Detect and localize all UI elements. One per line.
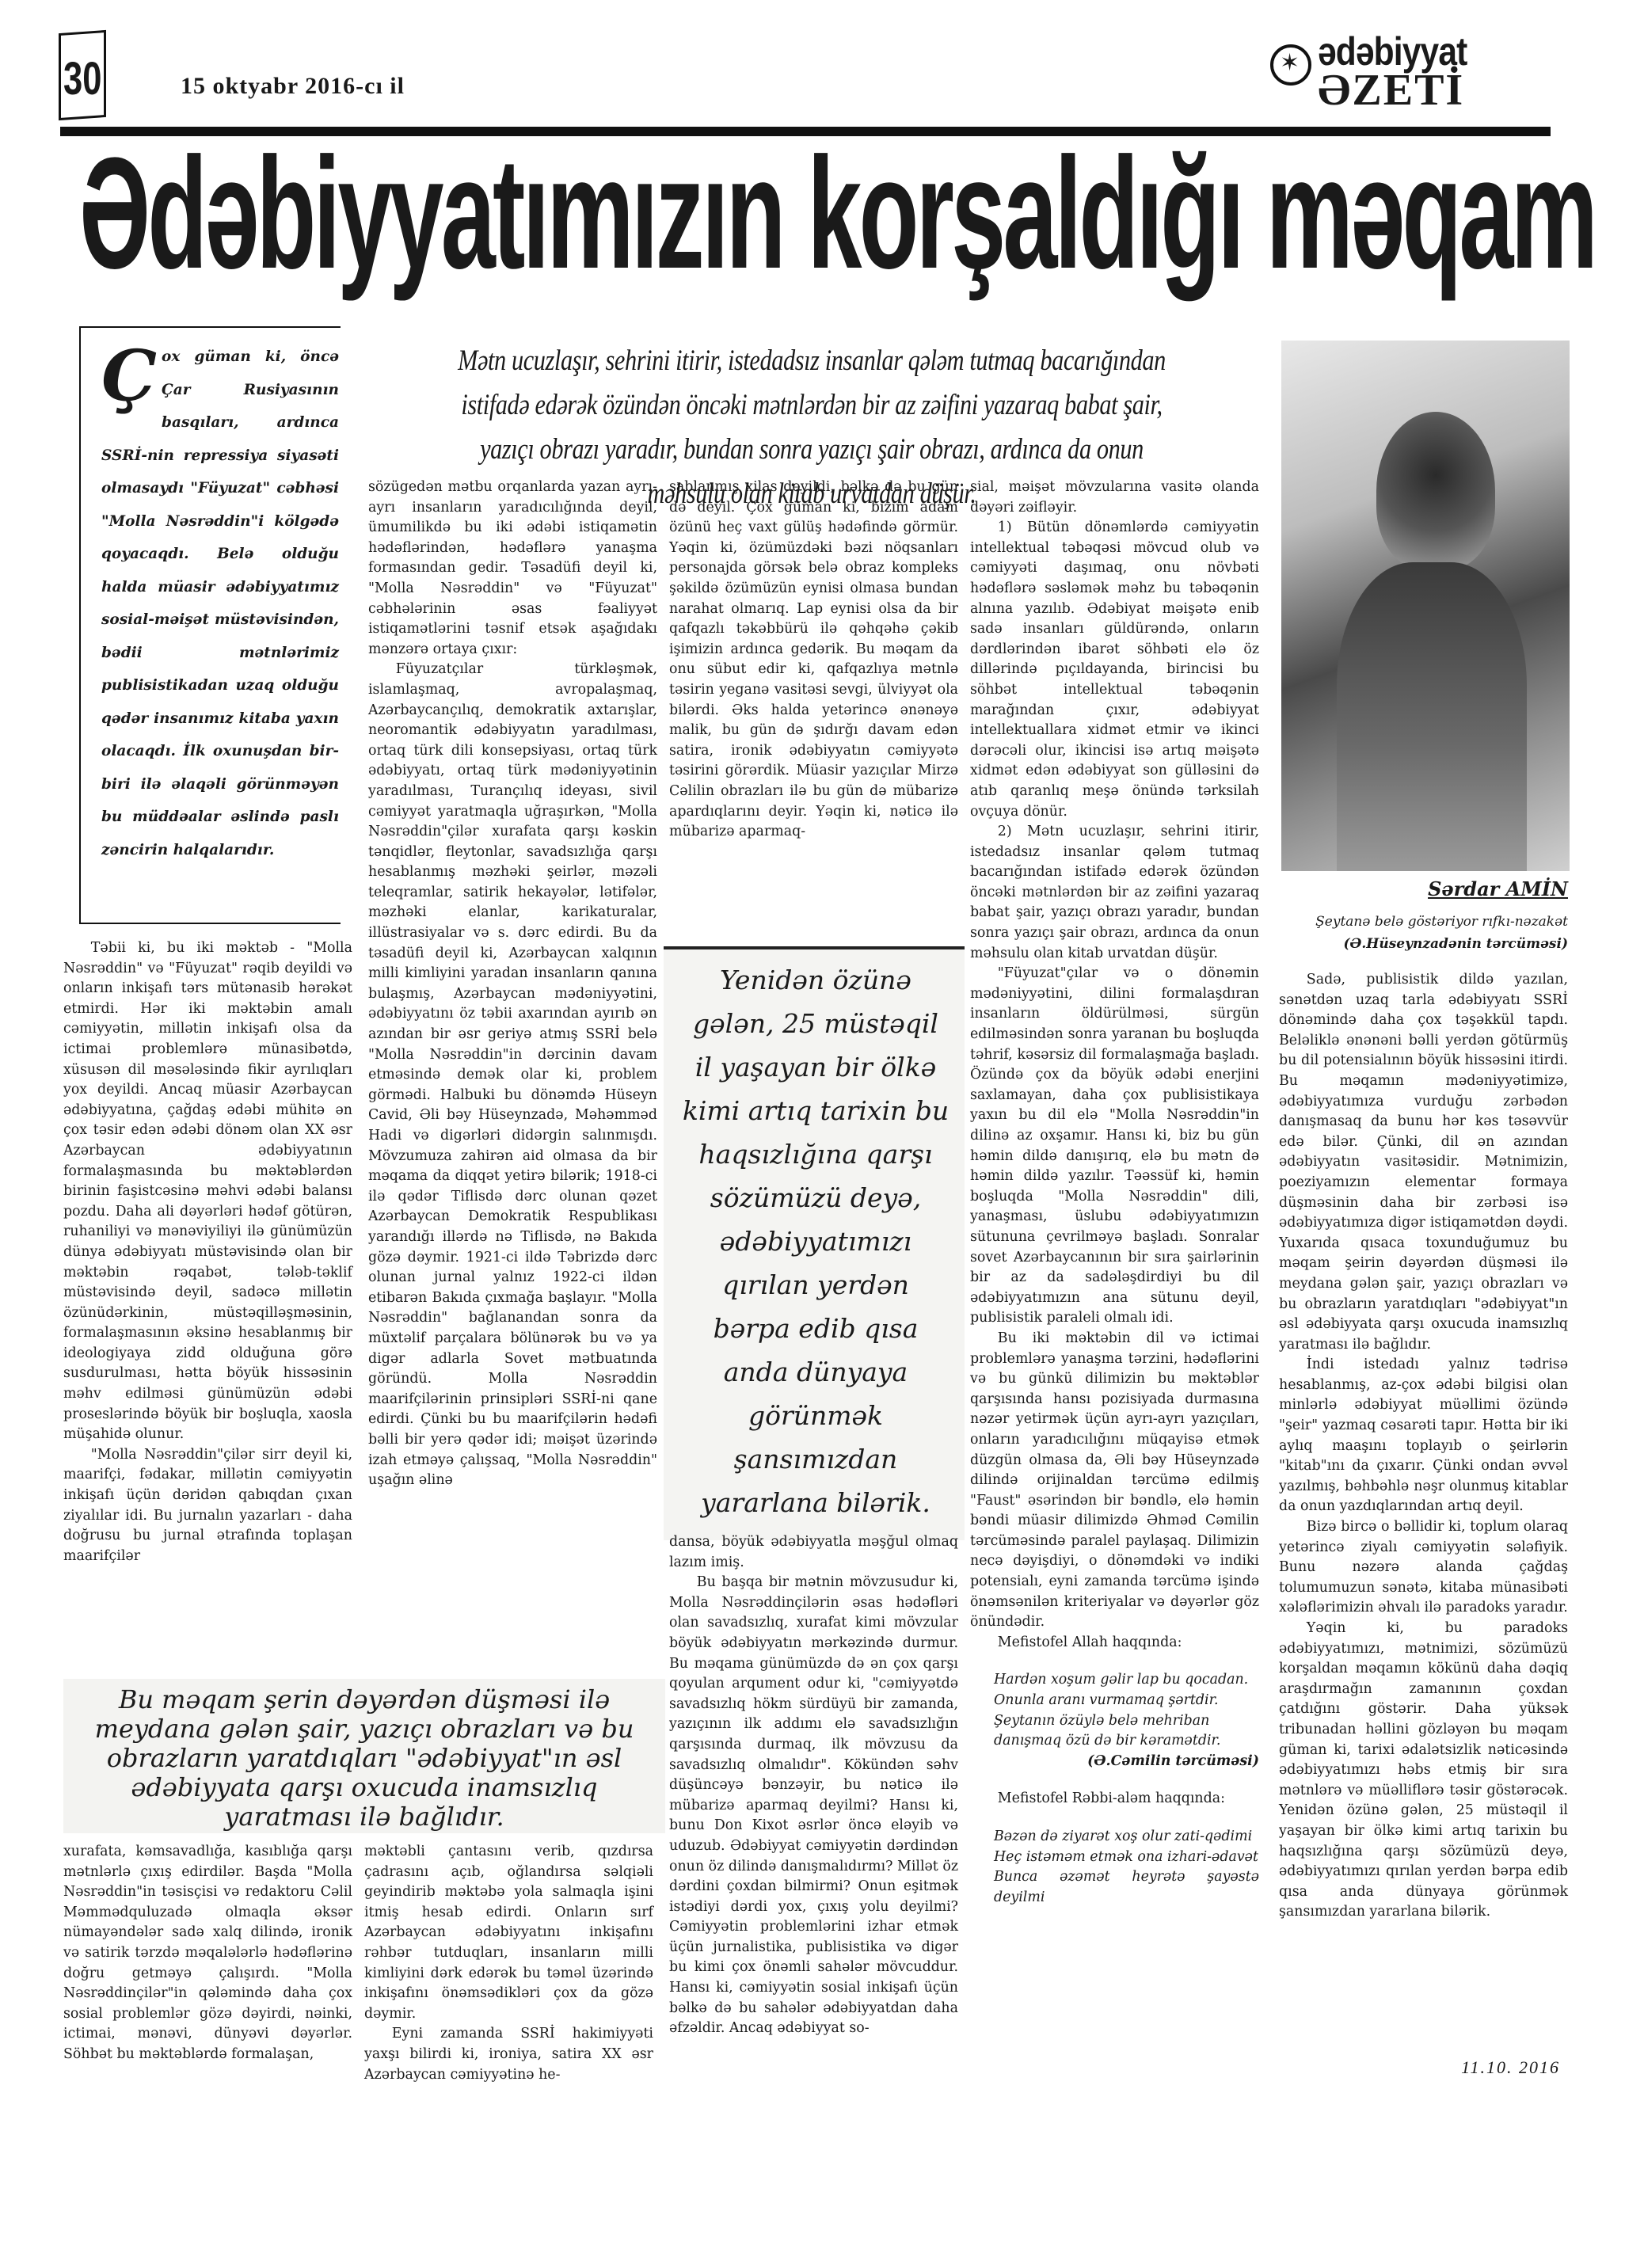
paragraph: Eyni zamanda SSRİ hakimiyyəti yaxşı bili… [364, 2024, 653, 2085]
epigraph: Şeytanə belə göstəriyor rıfkı-nəzakət (Ə… [1283, 911, 1568, 955]
epigraph-line: Şeytanə belə göstəriyor rıfkı-nəzakət [1283, 911, 1568, 933]
paragraph: Sadə, publisistik dildə yazılan, sənətdə… [1279, 970, 1568, 1355]
star-emblem-icon [1270, 44, 1311, 86]
paragraph: məktəbli çantasını verib, qızdırsa çadra… [364, 1842, 653, 2024]
paragraph: Mefistofel Rəbbi-aləm haqqında: [970, 1789, 1259, 1809]
photo-body-shape [1337, 562, 1527, 871]
bottom-column-1: xurafata, kəmsavadlığa, kasıblığa qarşı … [63, 1842, 352, 2065]
logo-text-bottom: ƏZETİ [1318, 65, 1464, 116]
paragraph: Təbii ki, bu iki məktəb - "Molla Nəsrədd… [63, 938, 352, 1445]
verse-line: Heç istəməm etmək ona izhari-ədavət [970, 1848, 1259, 1868]
paragraph: 1) Bütün dönəmlərdə cəmiyyətin intellekt… [970, 518, 1259, 822]
paragraph: Füyuzatçılar türkləşmək, islamlaşmaq, av… [368, 660, 657, 1490]
article-headline: Ədəbiyyatımızın korşaldığı məqam [79, 135, 1003, 293]
paragraph: dansa, böyük ədəbiyyatla məşğul olmaq la… [669, 1532, 958, 1573]
drop-cap: Ç [101, 344, 157, 407]
intro-text: ox güman ki, öncə Çar Rusiyasının basqıl… [101, 348, 339, 858]
verse-line: Bunca əzəmət heyrətə şayəstə deyilmi [970, 1867, 1259, 1908]
paragraph: Yəqin ki, bu paradoks ədəbiyyatımızı, mə… [1279, 1619, 1568, 1923]
intro-paragraph: Ç ox güman ki, öncə Çar Rusiyasının basq… [101, 341, 339, 866]
paragraph: sözügedən mətbu orqanlarda yazan ayrı-ay… [368, 478, 657, 660]
paragraph: Bu iki məktəbin dil və ictimai problemlə… [970, 1329, 1259, 1633]
pull-quote-middle: Yenidən özünə gələn, 25 müstəqil il yaşa… [681, 958, 950, 1524]
newspaper-logo: ədəbiyyat ƏZETİ [1267, 29, 1505, 116]
paragraph: xurafata, kəmsavadlığa, kasıblığa qarşı … [63, 1842, 352, 2065]
pull-quote-bottom: Bu məqam şerin dəyərdən düşməsi ilə meyd… [71, 1685, 657, 1832]
paragraph: sablanmış xilas deyildi, bəlkə də bu gün… [669, 478, 958, 843]
bottom-column-2: məktəbli çantasını verib, qızdırsa çadra… [364, 1842, 653, 2085]
verse-line: Bəzən də ziyarət xoş olur zati-qədimi [970, 1827, 1259, 1848]
column-4: sial, məişət mövzularına vasitə olanda d… [970, 478, 1259, 1908]
paragraph: "Füyuzat"çılar və o dönəmin mədəniyyətin… [970, 964, 1259, 1329]
paragraph: İndi istedadı yalnız tədrisə hesablanmış… [1279, 1355, 1568, 1517]
paragraph: Bu başqa bir mətnin mövzusudur ki, Molla… [669, 1573, 958, 2039]
paragraph: Bizə bircə o bəllidir ki, toplum olaraq … [1279, 1517, 1568, 1619]
paragraph: 2) Mətn ucuzlaşır, sehrini itirir, isted… [970, 822, 1259, 964]
epigraph-source: (Ə.Hüseynzadənin tərcüməsi) [1283, 933, 1568, 955]
verse-credit: (Ə.Cəmilin tərcüməsi) [970, 1752, 1259, 1772]
verse-line: Şeytanın özüylə belə mehriban [970, 1711, 1259, 1732]
column-5: Sadə, publisistik dildə yazılan, sənətdə… [1279, 970, 1568, 1923]
verse-line: Onunla aranı vurmamaq şərtdir. [970, 1691, 1259, 1711]
verse-line: danışmaq özü də bir kəramətdir. [970, 1731, 1259, 1752]
paragraph: Mefistofel Allah haqqında: [970, 1633, 1259, 1653]
paragraph: "Molla Nəsrəddin"çilər sirr deyil ki, ma… [63, 1445, 352, 1567]
photo-head-shape [1376, 412, 1495, 570]
issue-date: 15 oktyabr 2016-cı il [181, 73, 405, 100]
author-photo [1281, 341, 1570, 871]
column-3-top: sablanmış xilas deyildi, bəlkə də bu gün… [669, 478, 958, 843]
author-name: Sərdar AMİN [1283, 877, 1568, 900]
column-1: Təbii ki, bu iki məktəb - "Molla Nəsrədd… [63, 938, 352, 1566]
date-signature: 11.10. 2016 [1418, 2057, 1560, 2078]
verse-line: Hardən xoşum gəlir lap bu qocadan. [970, 1670, 1259, 1691]
paragraph: sial, məişət mövzularına vasitə olanda d… [970, 478, 1259, 518]
column-2: sözügedən mətbu orqanlarda yazan ayrı-ay… [368, 478, 657, 1491]
column-3-bottom: dansa, böyük ədəbiyyatla məşğul olmaq la… [669, 1532, 958, 2039]
page-number: 30 [63, 55, 99, 103]
